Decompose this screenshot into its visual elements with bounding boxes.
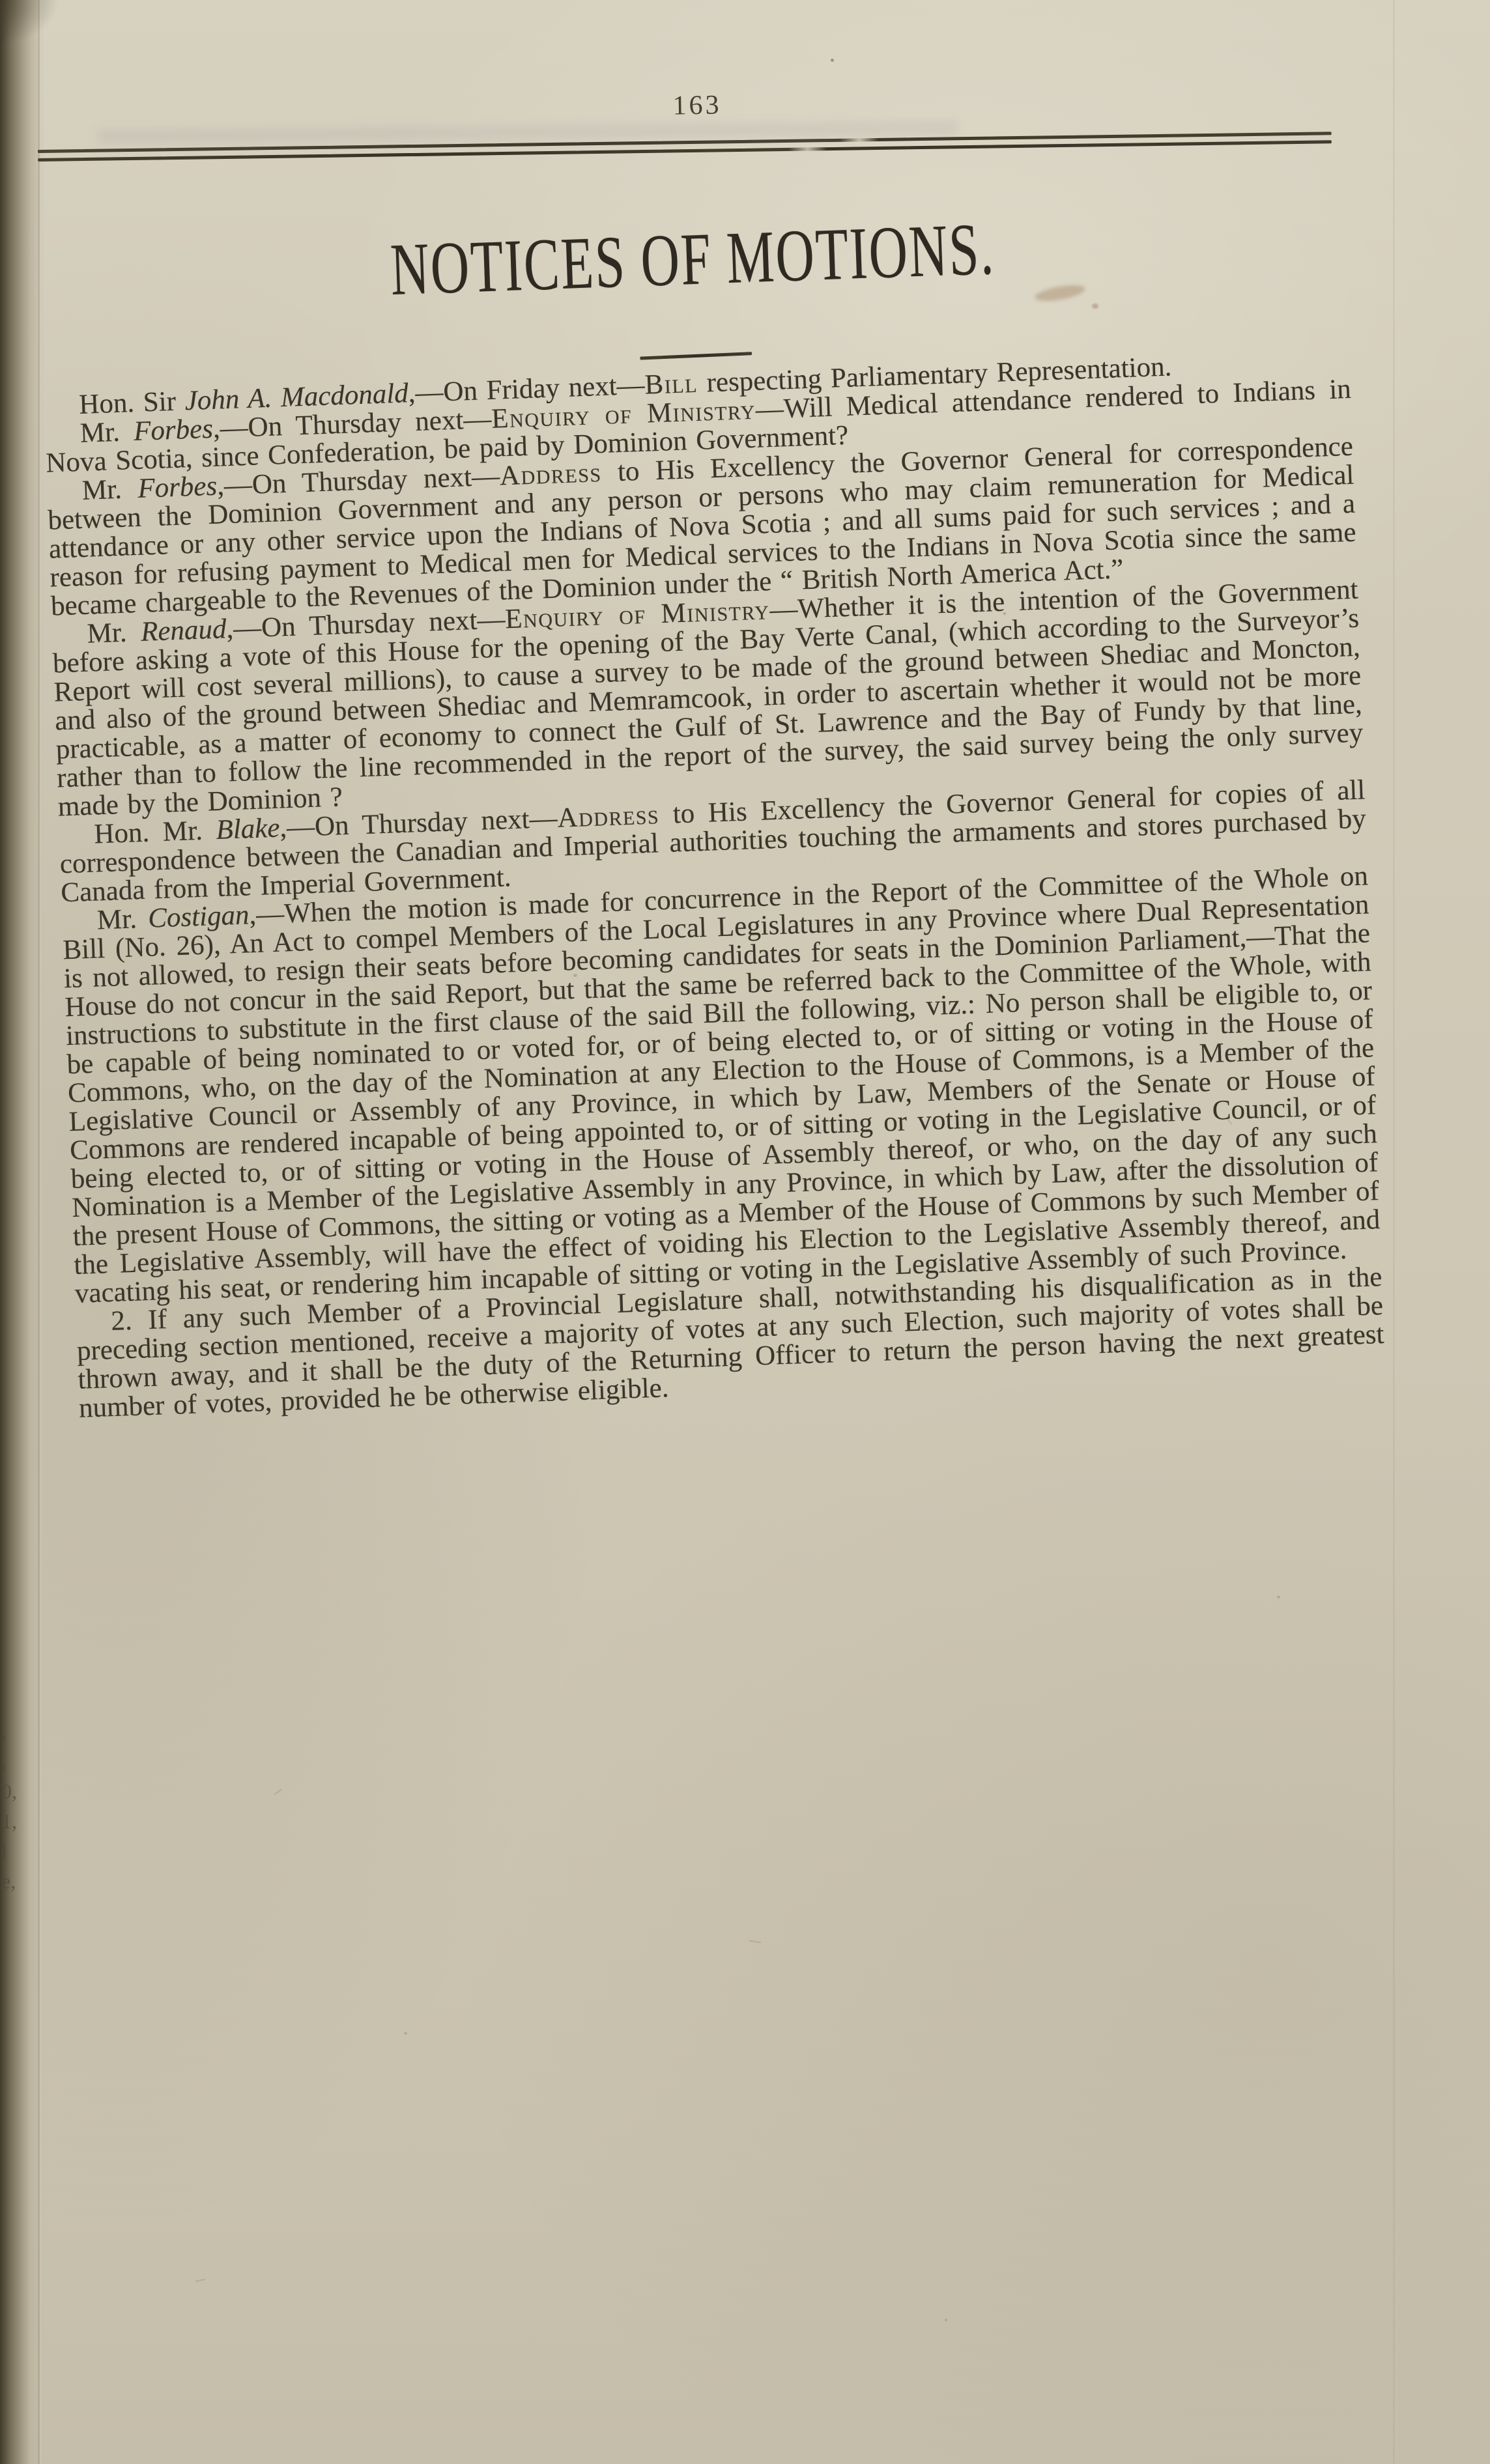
page-title: NOTICES OF MOTIONS.: [221, 204, 1164, 315]
text-segment: Mr.: [81, 474, 138, 506]
text-segment: Mr.: [96, 903, 149, 935]
notices-list: Hon. Sir John A. Macdonald,—On Friday ne…: [44, 347, 1386, 1423]
text-segment: Blake: [216, 812, 280, 845]
text-segment: Forbes: [133, 414, 213, 447]
text-segment: ,—When the motion is made for concurrenc…: [63, 860, 1381, 1309]
paper-fiber: [749, 1940, 761, 1943]
text-segment: Forbes: [137, 470, 218, 503]
gutter-glyph-fragment: 0,: [1, 1779, 17, 1804]
gutter-glyph-fragment: ,: [1, 1720, 7, 1744]
paper-speck: [831, 59, 834, 62]
paper-speck: [945, 2319, 947, 2321]
gutter-glyph-fragment: e,: [1, 1869, 16, 1893]
paper-speck: [1003, 612, 1006, 615]
gutter-glyph-fragment: ,: [1, 1749, 7, 1774]
title-divider-rule: [640, 352, 752, 360]
paper-speck: [573, 974, 577, 977]
gutter-glyph-fragment: 1,: [1, 1809, 17, 1834]
gutter-glyph-fragment: l: [1, 1839, 7, 1863]
paper-fiber: [274, 1789, 283, 1795]
page-content: NOTICES OF MOTIONS. Hon. Sir John A. Mac…: [38, 197, 1386, 1423]
paper-speck: [1277, 1596, 1280, 1598]
page-crease-left: [38, 0, 40, 2464]
paper-speck: [404, 2032, 407, 2035]
text-segment: Mr.: [87, 617, 141, 649]
scanned-page: 163 NOTICES OF MOTIONS. Hon. Sir John A.…: [0, 0, 1490, 2464]
page-crease-right: [1393, 0, 1395, 2464]
text-segment: Mr.: [79, 416, 134, 449]
notice-paragraph: Mr. Costigan,—When the motion is made fo…: [61, 862, 1381, 1309]
text-segment: Bill: [644, 368, 698, 401]
paper-fiber: [195, 2278, 205, 2282]
